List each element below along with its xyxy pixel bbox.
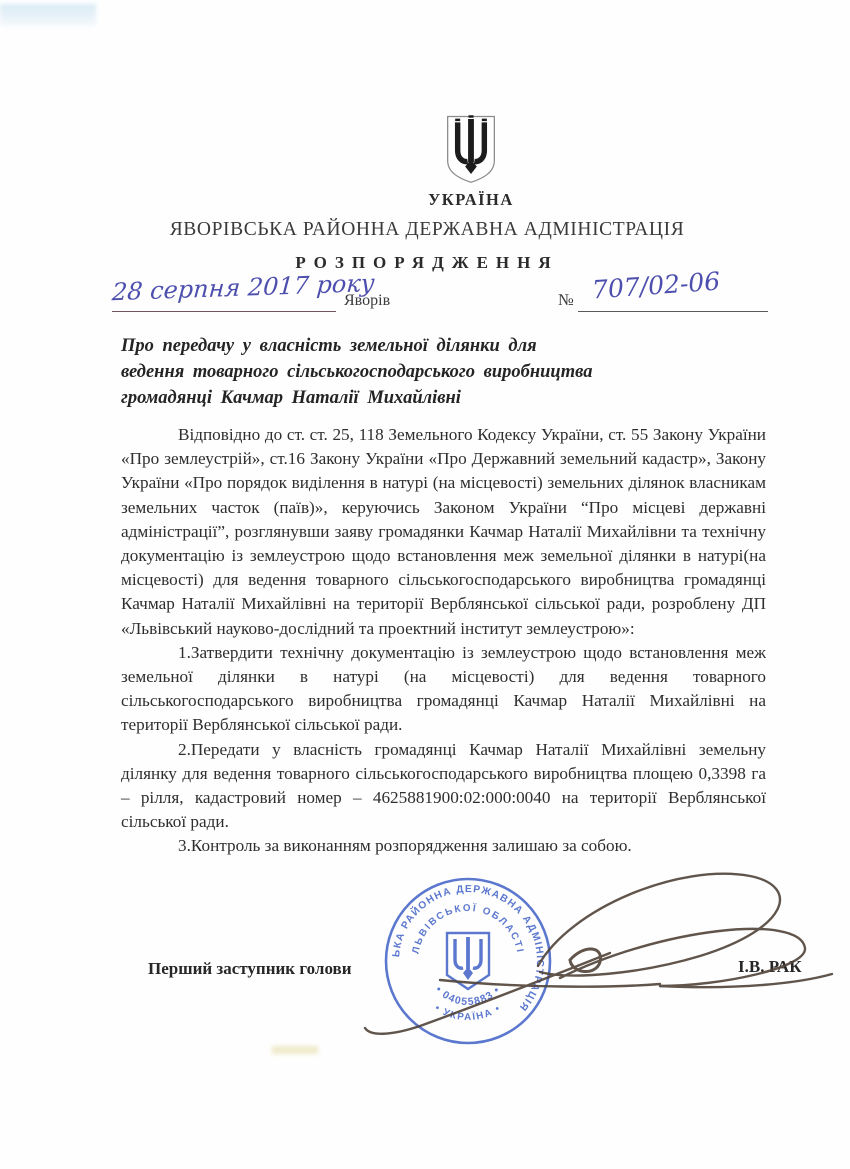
scan-artifact-top [0,4,96,26]
number-underline [578,311,768,312]
item-3-paragraph: 3.Контроль за виконанням розпорядження з… [121,834,766,858]
title-line-2: ведення товарного сільськогосподарського… [121,359,673,385]
title-line-3: громадянці Качмар Наталії Михайлівні [121,385,673,411]
title-line-1: Про передачу у власність земельної ділян… [121,333,673,359]
date-underline [112,311,336,312]
document-type-heading: РОЗПОРЯДЖЕННЯ [102,253,752,273]
place-label: Яворів [344,292,390,310]
item-2-paragraph: 2.Передати у власність громадянці Качмар… [121,738,766,835]
number-sign-label: № [558,290,574,310]
preamble-paragraph: Відповідно до ст. ст. 25, 118 Земельного… [121,423,766,641]
country-heading: УКРАЇНА [396,190,546,210]
ukraine-tryzub-icon [444,114,498,184]
item-1-paragraph: 1.Затвердити технічну документацію із зе… [121,641,766,738]
handwritten-date: 28 серпня 2017 року [111,270,353,306]
organization-heading: ЯВОРІВСЬКА РАЙОННА ДЕРЖАВНА АДМІНІСТРАЦІ… [102,219,752,241]
document-title: Про передачу у власність земельної ділян… [121,333,673,411]
handwritten-signature [140,868,840,1078]
document-body: Відповідно до ст. ст. 25, 118 Земельного… [121,423,766,859]
